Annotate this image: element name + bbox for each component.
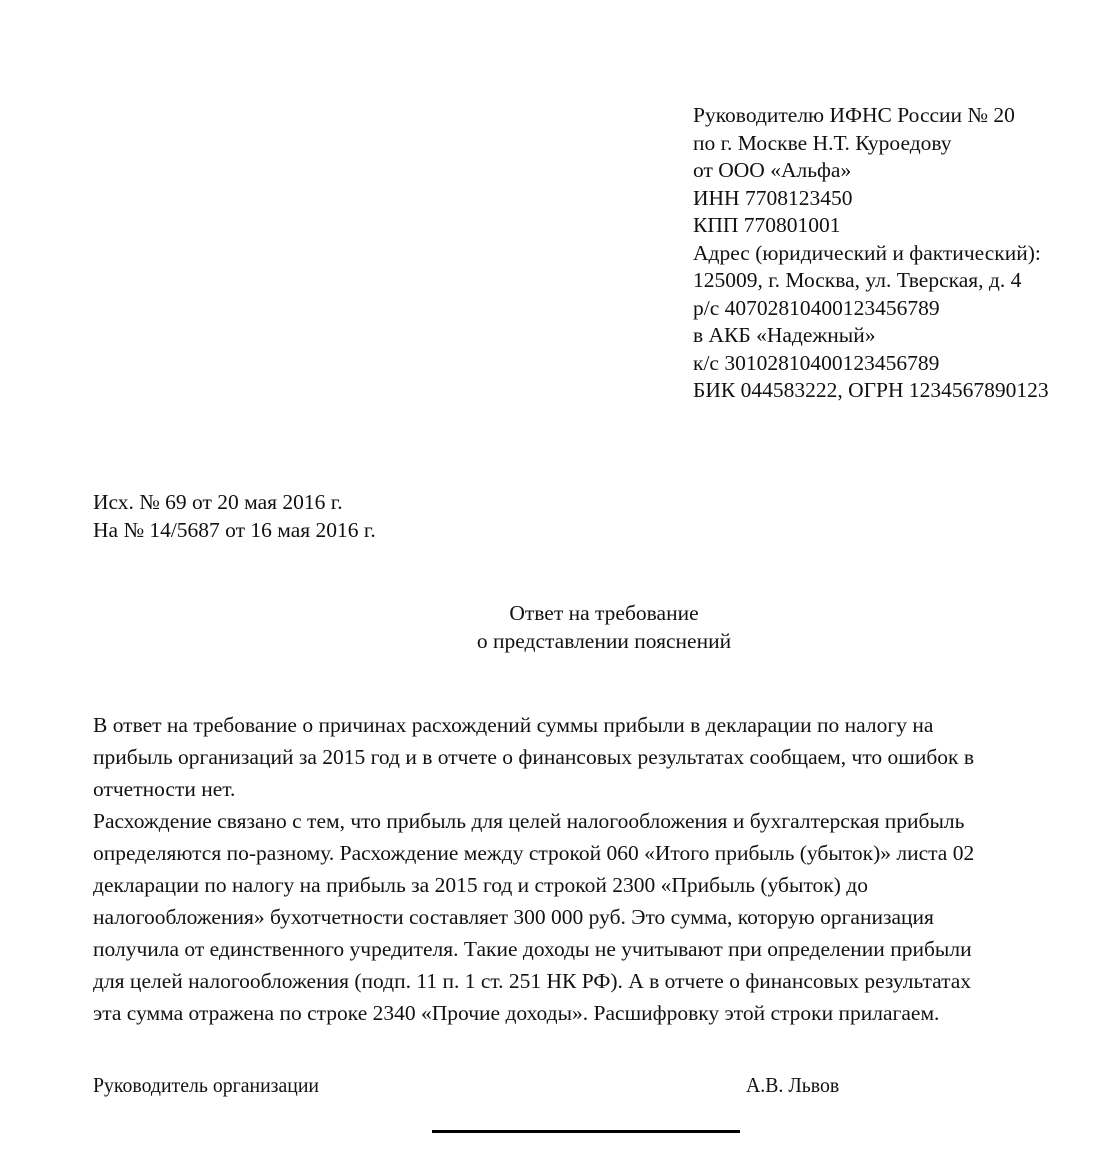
body-line: получила от единственного учредителя. Та… — [93, 933, 1088, 965]
body-line: В ответ на требование о причинах расхожд… — [93, 709, 1088, 741]
body-line: налогообложения» бухотчетности составляе… — [93, 901, 1088, 933]
paragraph-2: Расхождение связано с тем, что прибыль д… — [93, 805, 1088, 1029]
body-line: эта сумма отражена по строке 2340 «Прочи… — [93, 997, 1088, 1029]
addressee-line: ИНН 7708123450 — [693, 185, 1049, 213]
in-reply-to-number: На № 14/5687 от 16 мая 2016 г. — [93, 517, 376, 545]
addressee-line: Руководителю ИФНС России № 20 — [693, 102, 1049, 130]
addressee-line: Адрес (юридический и фактический): — [693, 240, 1049, 268]
addressee-line: к/с 30102810400123456789 — [693, 350, 1049, 378]
document-references: Исх. № 69 от 20 мая 2016 г. На № 14/5687… — [93, 489, 376, 544]
outgoing-number: Исх. № 69 от 20 мая 2016 г. — [93, 489, 376, 517]
addressee-line: 125009, г. Москва, ул. Тверская, д. 4 — [693, 267, 1049, 295]
document-body: В ответ на требование о причинах расхожд… — [93, 709, 1088, 1029]
addressee-line: КПП 770801001 — [693, 212, 1049, 240]
addressee-line: от ООО «Альфа» — [693, 157, 1049, 185]
signer-name: А.В. Львов — [746, 1072, 839, 1099]
body-line: декларации по налогу на прибыль за 2015 … — [93, 869, 1088, 901]
signature-line — [432, 1130, 740, 1133]
body-line: отчетности нет. — [93, 773, 1088, 805]
body-line: определяются по-разному. Расхождение меж… — [93, 837, 1088, 869]
signer-position: Руководитель организации — [93, 1072, 319, 1099]
body-line: Расхождение связано с тем, что прибыль д… — [93, 805, 1088, 837]
addressee-line: р/с 40702810400123456789 — [693, 295, 1049, 323]
addressee-block: Руководителю ИФНС России № 20 по г. Моск… — [693, 102, 1049, 405]
title-line-1: Ответ на требование — [300, 600, 908, 628]
addressee-line: БИК 044583222, ОГРН 1234567890123 — [693, 377, 1049, 405]
addressee-line: в АКБ «Надежный» — [693, 322, 1049, 350]
title-line-2: о представлении пояснений — [300, 628, 908, 656]
body-line: прибыль организаций за 2015 год и в отче… — [93, 741, 1088, 773]
addressee-line: по г. Москве Н.Т. Куроедову — [693, 130, 1049, 158]
paragraph-1: В ответ на требование о причинах расхожд… — [93, 709, 1088, 805]
body-line: для целей налогообложения (подп. 11 п. 1… — [93, 965, 1088, 997]
document-title: Ответ на требование о представлении пояс… — [300, 600, 908, 655]
